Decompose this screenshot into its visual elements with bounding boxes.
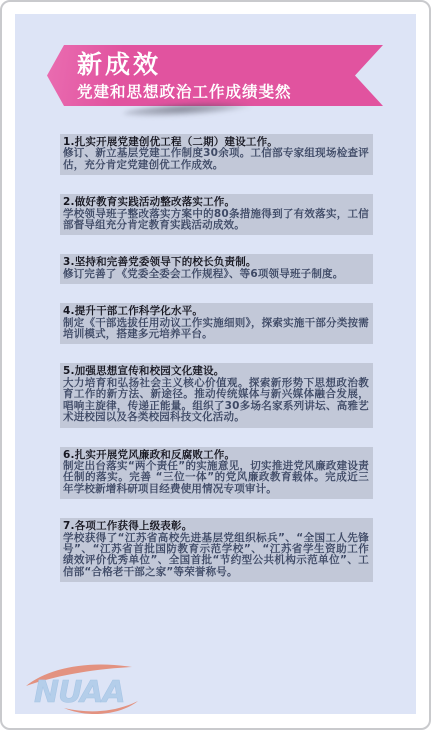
section-body: 修订完善了《党委全委会工作规程》、等6项领导班子制度。 [63, 269, 369, 280]
section-title: 7.各项工作获得上级表彰。 [63, 521, 369, 532]
section-item-4: 4.提升干部工作科学化水平。 制定《干部选拔任用动议工作实施细则》，探索实施干部… [60, 303, 373, 344]
nuaa-logo-graphic: NUAA [20, 656, 150, 714]
poster-page: 新成效 党建和思想政治工作成绩斐然 1.扎实开展党建创优工程（二期）建设工作。 … [0, 0, 431, 730]
section-title: 4.提升干部工作科学化水平。 [63, 306, 369, 317]
section-body: 学校获得了“江苏省高校先进基层党组织标兵”、“全国工人先锋号”、“江苏省首批国防… [63, 533, 369, 579]
section-item-3: 3.坚持和完善党委领导下的校长负责制。 修订完善了《党委全委会工作规程》、等6项… [60, 254, 373, 284]
section-body: 制定《干部选拔任用动议工作实施细则》，探索实施干部分类按需培训模式，搭建多元培养… [63, 318, 369, 341]
section-item-5: 5.加强思想宣传和校园文化建设。 大力培育和弘扬社会主义核心价值观。探索新形势下… [60, 363, 373, 427]
nuaa-logo: NUAA [20, 656, 150, 714]
logo-text: NUAA [34, 675, 125, 710]
section-item-1: 1.扎实开展党建创优工程（二期）建设工作。 修订、新立基层党建工作制度30余项。… [60, 134, 373, 175]
section-body: 修订、新立基层党建工作制度30余项。工信部专家组现场检查评估，充分肯定党建创优工… [63, 148, 369, 171]
section-item-7: 7.各项工作获得上级表彰。 学校获得了“江苏省高校先进基层党组织标兵”、“全国工… [60, 518, 373, 582]
section-list: 1.扎实开展党建创优工程（二期）建设工作。 修订、新立基层党建工作制度30余项。… [60, 134, 373, 601]
section-title: 2.做好教育实践活动整改落实工作。 [63, 197, 369, 208]
header-banner: 新成效 党建和思想政治工作成绩斐然 [47, 45, 383, 106]
section-body: 大力培育和弘扬社会主义核心价值观。探索新形势下思想政治教育工作的新方法、新途径。… [63, 378, 369, 424]
section-body: 制定出台落实“两个责任”的实施意见，切实推进党风廉政建设责任制的落实。完善 “三… [63, 461, 369, 495]
section-body: 学校领导班子整改落实方案中的80条措施得到了有效落实，工信部督导组充分肯定教育实… [63, 209, 369, 232]
section-item-6: 6.扎实开展党风廉政和反腐败工作。 制定出台落实“两个责任”的实施意见，切实推进… [60, 447, 373, 500]
poster-card: 新成效 党建和思想政治工作成绩斐然 1.扎实开展党建创优工程（二期）建设工作。 … [15, 14, 416, 714]
section-item-2: 2.做好教育实践活动整改落实工作。 学校领导班子整改落实方案中的80条措施得到了… [60, 194, 373, 235]
banner-subtitle: 党建和思想政治工作成绩斐然 [77, 82, 383, 103]
banner-title: 新成效 [77, 50, 383, 80]
